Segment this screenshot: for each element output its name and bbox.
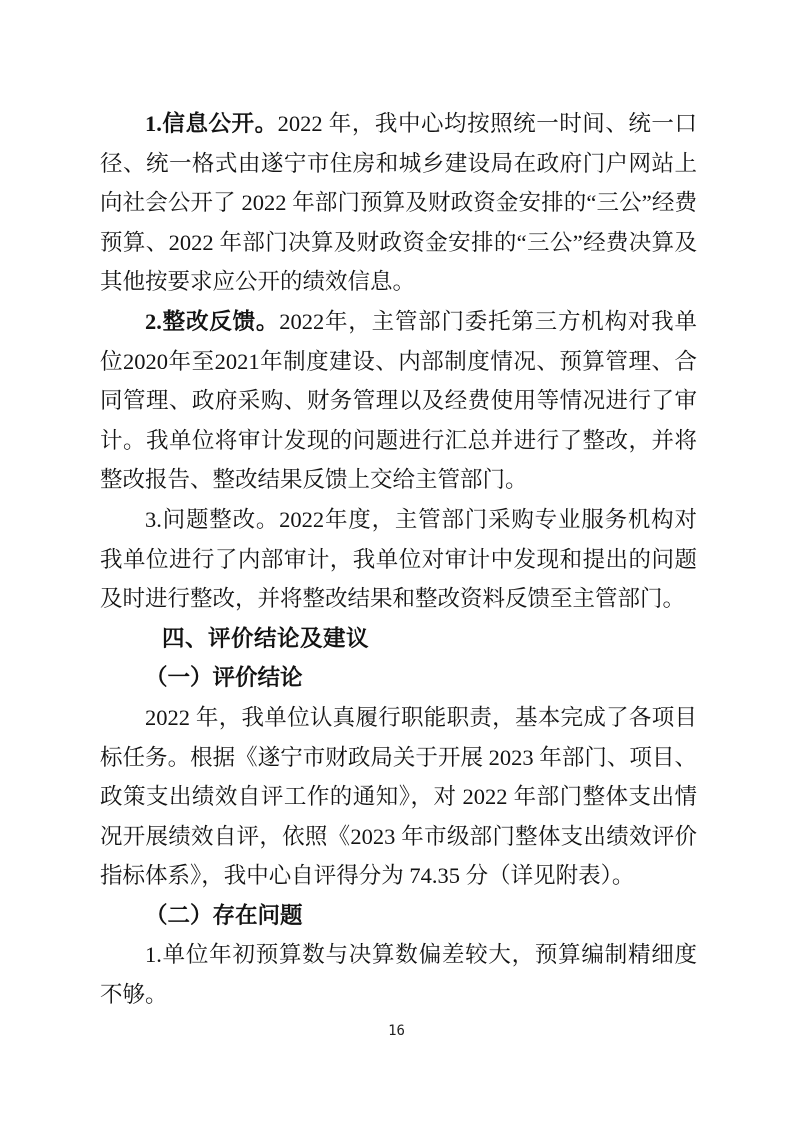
paragraph-existing-problem-1: 1.单位年初预算数与决算数偏差较大，预算编制精细度不够。 xyxy=(100,935,697,1014)
paragraph-evaluation-conclusion: 2022 年，我单位认真履行职能职责，基本完成了各项目标任务。根据《遂宁市财政局… xyxy=(100,698,697,896)
paragraph-text-existing-problem-1: 1.单位年初预算数与决算数偏差较大，预算编制精细度不够。 xyxy=(100,942,697,1007)
subheading-evaluation-conclusion: （一）评价结论 xyxy=(100,658,697,698)
paragraph-text-rectification-feedback: 2022年，主管部门委托第三方机构对我单位2020年至2021年制度建设、内部制… xyxy=(100,309,697,492)
paragraph-problem-rectification: 3.问题整改。2022年度，主管部门采购专业服务机构对我单位进行了内部审计，我单… xyxy=(100,500,697,619)
paragraph-text-evaluation-conclusion: 2022 年，我单位认真履行职能职责，基本完成了各项目标任务。根据《遂宁市财政局… xyxy=(100,705,697,888)
subheading-existing-problems: （二）存在问题 xyxy=(100,896,697,936)
paragraph-lead-rectification-feedback: 2.整改反馈。 xyxy=(145,309,279,334)
document-body: 1.信息公开。2022 年，我中心均按照统一时间、统一口径、统一格式由遂宁市住房… xyxy=(100,104,697,1015)
paragraph-info-disclosure: 1.信息公开。2022 年，我中心均按照统一时间、统一口径、统一格式由遂宁市住房… xyxy=(100,104,697,302)
page-number: 16 xyxy=(388,1023,405,1039)
section-heading-conclusion-and-suggestions: 四、评价结论及建议 xyxy=(100,619,697,659)
page-footer: 16 xyxy=(0,1022,793,1040)
paragraph-text-info-disclosure: 2022 年，我中心均按照统一时间、统一口径、统一格式由遂宁市住房和城乡建设局在… xyxy=(100,111,697,294)
document-page: 1.信息公开。2022 年，我中心均按照统一时间、统一口径、统一格式由遂宁市住房… xyxy=(0,0,793,1122)
paragraph-text-problem-rectification: 3.问题整改。2022年度，主管部门采购专业服务机构对我单位进行了内部审计，我单… xyxy=(100,507,697,611)
paragraph-lead-info-disclosure: 1.信息公开。 xyxy=(145,111,278,136)
paragraph-rectification-feedback: 2.整改反馈。2022年，主管部门委托第三方机构对我单位2020年至2021年制… xyxy=(100,302,697,500)
